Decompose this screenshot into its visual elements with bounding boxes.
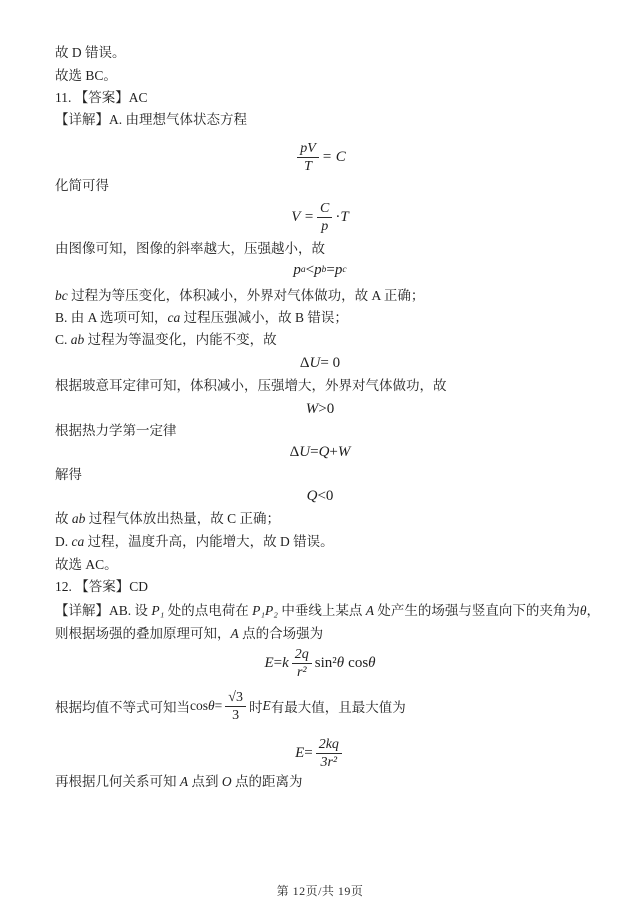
q12-detail-paragraph: 【详解】AB. 设 P₁ 处的点电荷在 P₁P₂ 中垂线上某点 A 处产生的场强… (55, 600, 606, 645)
text: 有最大值，且最大值为 (271, 696, 406, 716)
fraction-numerator: C (317, 201, 332, 218)
text-line-d-wrong: 故 D 错误。 (55, 44, 606, 62)
text: 过程为等温变化，内能不变，故 (84, 332, 276, 347)
fraction: 2kq3r² (316, 737, 342, 770)
formula-var-t: T (340, 209, 348, 226)
formula-heat-negative: Q<0 (0, 486, 640, 506)
fraction-numerator: √3 (225, 690, 246, 707)
text: AB. 设 (109, 603, 151, 618)
var-k: k (282, 655, 289, 672)
fraction-denominator: 3r² (316, 754, 342, 770)
text-line-simplify: 化简可得 (55, 177, 606, 195)
text: 过程压强减小，故 B 错误； (180, 310, 348, 325)
subscript-c: c (342, 265, 346, 275)
var-e: E (295, 745, 304, 762)
text: 再根据几何关系可知 (55, 774, 180, 789)
formula-volume: V = Cp·T (0, 197, 640, 237)
plus-sign: + (329, 444, 337, 461)
equals-sign: = (310, 444, 318, 461)
var-p1p2: P₁P₂ (252, 603, 278, 618)
text-line-option-a-conclusion: bc 过程为等压变化，体积减小，外界对气体做功，故 A 正确； (55, 287, 606, 305)
q12-number: 12. (55, 579, 75, 594)
var-e: E (264, 655, 273, 672)
text: 过程气体放出热量，故 C 正确； (85, 511, 280, 526)
text-line-option-c: C. ab 过程为等温变化，内能不变，故 (55, 331, 606, 349)
process-bc: bc (55, 288, 68, 303)
formula-delta-u-zero: ΔU = 0 (0, 353, 640, 373)
fraction-denominator: r² (292, 664, 312, 680)
delta-symbol: Δ (300, 355, 310, 372)
text: 中垂线上某点 (278, 603, 366, 618)
option-a-intro: A. 由理想气体状态方程 (109, 112, 247, 127)
text-line-option-d: D. ca 过程，温度升高，内能增大，故 D 错误。 (55, 533, 606, 551)
answer-label: 【答案】 (75, 90, 129, 105)
text: 点到 (188, 774, 222, 789)
q11-number: 11. (55, 90, 75, 105)
q11-detail-line-a: 【详解】A. 由理想气体状态方程 (55, 111, 606, 129)
text: 时 (249, 696, 263, 716)
text-line-first-law: 根据热力学第一定律 (55, 422, 606, 440)
var-e: E (262, 698, 270, 714)
formula-rhs: <0 (317, 488, 333, 505)
var-a: A (366, 603, 374, 618)
fraction-denominator: T (297, 158, 319, 174)
var-theta: θ (337, 655, 344, 672)
formula-lhs: V = (291, 209, 314, 226)
detail-label: 【详解】 (55, 603, 109, 618)
var-a: A (231, 626, 239, 641)
sin-squared: sin² (315, 655, 337, 672)
text-line-choose-bc: 故选 BC。 (55, 67, 606, 85)
var-p: p (335, 262, 343, 279)
equals-sign: = (274, 655, 282, 672)
var-w: W (306, 401, 319, 418)
detail-label: 【详解】 (55, 112, 109, 127)
fraction-numerator: 2q (292, 647, 312, 664)
equals-sign: = (326, 262, 334, 279)
fraction: Cp (317, 201, 332, 234)
text: 根据均值不等式可知当 (55, 696, 190, 716)
q11-answer-line: 11. 【答案】AC (55, 89, 606, 107)
fraction-denominator: p (317, 218, 332, 234)
var-p1: P₁ (151, 603, 164, 618)
formula-rhs: = 0 (320, 355, 340, 372)
process-ab: ab (72, 511, 86, 526)
text-line-conclusion-c: 故 ab 过程气体放出热量，故 C 正确； (55, 510, 606, 528)
process-ca: ca (72, 534, 85, 549)
answer-label: 【答案】 (75, 579, 129, 594)
var-p: p (293, 262, 301, 279)
equals-sign: = (215, 698, 223, 714)
text-line-option-b: B. 由 A 选项可知，ca 过程压强减小，故 B 错误； (55, 309, 606, 327)
page-footer: 第 12页/共 19页 (0, 882, 640, 899)
var-q: Q (319, 444, 330, 461)
cos: cos (348, 655, 368, 672)
text-line-graph-note: 由图像可知，图像的斜率越大，压强越小，故 (55, 240, 606, 258)
fraction: √33 (225, 690, 246, 723)
text: 处产生的场强与竖直向下的夹角为 (374, 603, 580, 618)
text-line-solve: 解得 (55, 466, 606, 484)
var-theta: θ (368, 655, 375, 672)
var-p: p (314, 262, 322, 279)
text: 故 (55, 511, 72, 526)
var-a: A (180, 774, 188, 789)
delta-symbol: Δ (290, 444, 300, 461)
formula-pressure-compare: pa<pb = pc (0, 260, 640, 280)
text-line-choose-ac: 故选 AC。 (55, 556, 606, 574)
formula-first-law: ΔU = Q+W (0, 442, 640, 462)
formula-max-field: E = 2kq3r² (0, 733, 640, 773)
text: 处的点电荷在 (164, 603, 252, 618)
cos: cos (190, 698, 208, 714)
var-u: U (299, 444, 310, 461)
less-than-sign: < (306, 262, 314, 279)
q12-answer-line: 12. 【答案】CD (55, 578, 606, 596)
process-ca: ca (168, 310, 181, 325)
text: 点的合场强为 (239, 626, 323, 641)
var-o: O (222, 774, 232, 789)
answer-document-page: 故 D 错误。 故选 BC。 11. 【答案】AC 【详解】A. 由理想气体状态… (0, 0, 640, 905)
fraction-denominator: 3 (225, 707, 246, 723)
q11-answer-value: AC (129, 90, 148, 105)
fraction-numerator: pV (297, 141, 319, 158)
var-q: Q (307, 488, 318, 505)
text: D. (55, 534, 72, 549)
text: 过程为等压变化，体积减小，外界对气体做功，故 A 正确； (68, 288, 425, 303)
formula-rhs: = C (322, 149, 346, 166)
formula-rhs: >0 (318, 401, 334, 418)
text: 过程，温度升高，内能增大，故 D 错误。 (84, 534, 333, 549)
text: B. 由 A 选项可知， (55, 310, 168, 325)
var-u: U (310, 355, 321, 372)
var-w: W (338, 444, 351, 461)
text-line-mean-inequality: 根据均值不等式可知当 cosθ = √33 时 E 有最大值，且最大值为 (55, 686, 606, 726)
formula-work-positive: W>0 (0, 399, 640, 419)
equals-sign: = (304, 745, 312, 762)
fraction-numerator: 2kq (316, 737, 342, 754)
text-line-geometry: 再根据几何关系可知 A 点到 O 点的距离为 (55, 773, 606, 791)
fraction: pVT (297, 141, 319, 174)
text: 点的距离为 (232, 774, 303, 789)
var-theta: θ (580, 603, 587, 618)
formula-gas-state: pVT = C (0, 137, 640, 177)
text: C. (55, 332, 71, 347)
q12-answer-value: CD (129, 579, 148, 594)
fraction: 2qr² (292, 647, 312, 680)
var-theta: θ (208, 698, 215, 714)
process-ab: ab (71, 332, 85, 347)
text-line-boyle: 根据玻意耳定律可知，体积减小，压强增大，外界对气体做功，故 (55, 377, 606, 395)
formula-field-strength: E = k2qr²sin²θcosθ (0, 643, 640, 683)
